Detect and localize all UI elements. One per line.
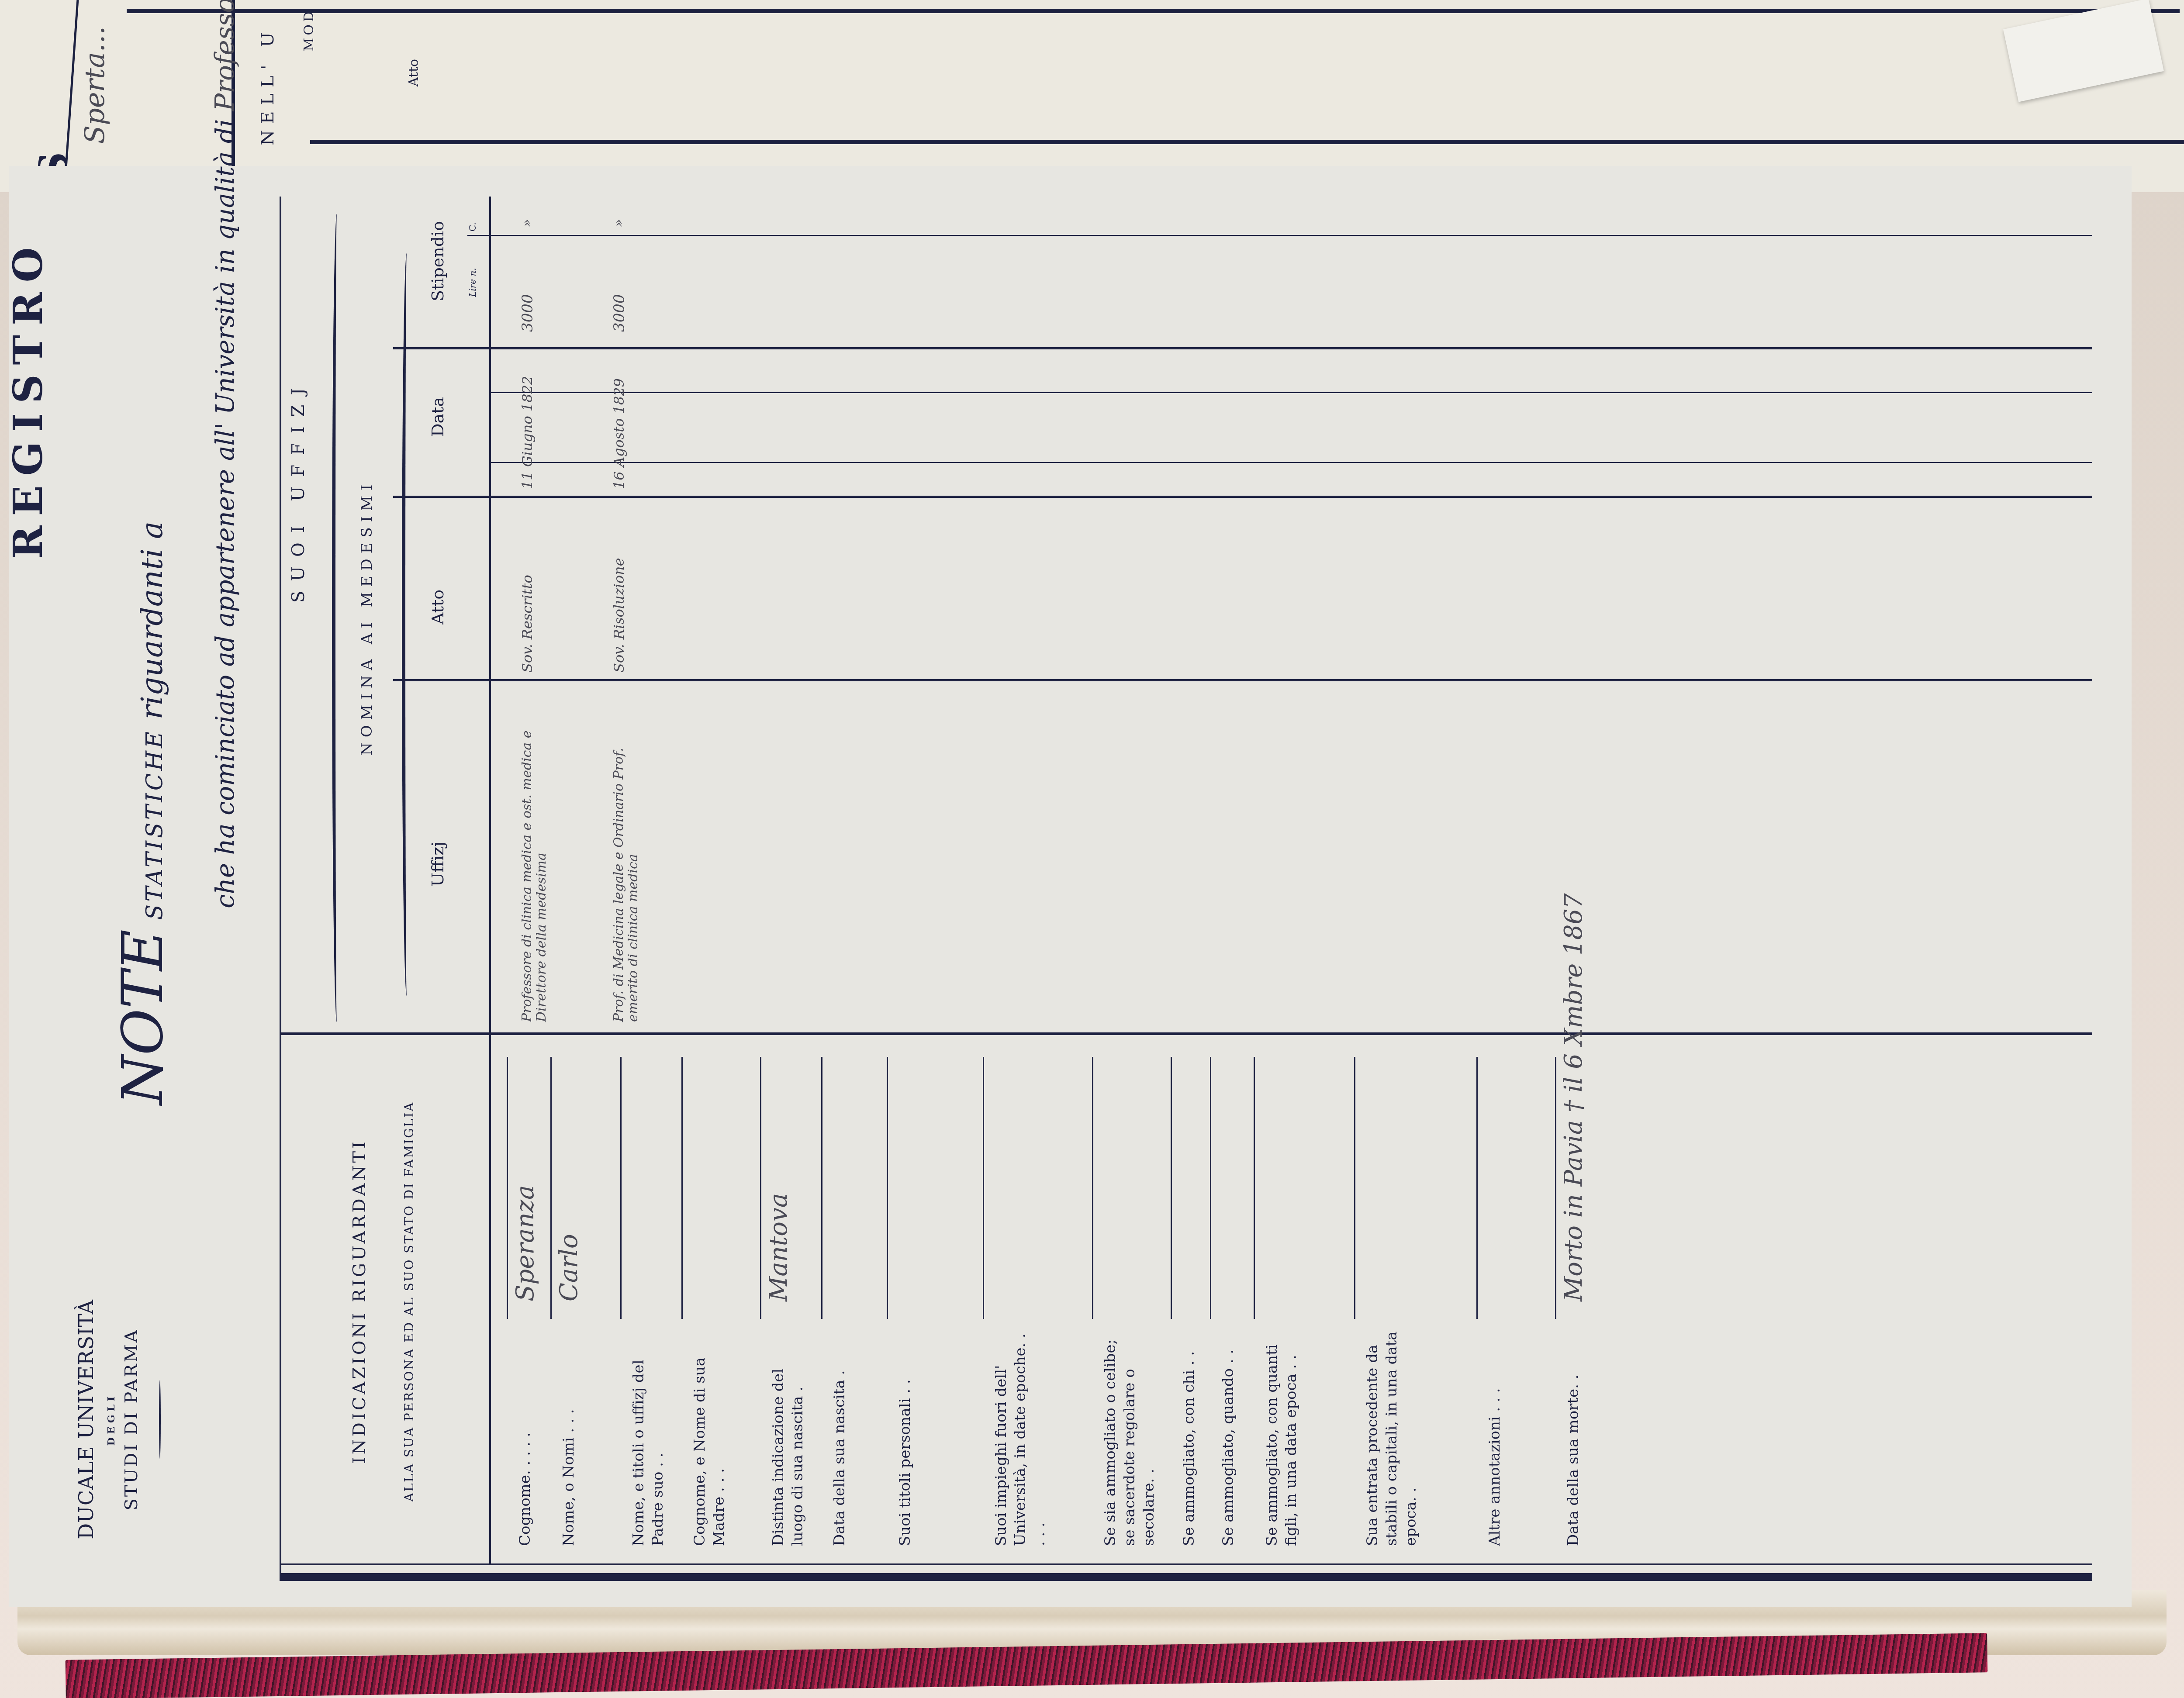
atto-cell: Sov. Rescritto bbox=[520, 575, 535, 673]
field-separator bbox=[821, 1057, 822, 1319]
rotated-page-content: DUCALE UNIVERSITÀ DEGLI STUDI DI PARMA R… bbox=[9, 166, 2132, 1607]
institution-line2: DEGLI bbox=[106, 1267, 117, 1572]
field-separator bbox=[1555, 1057, 1556, 1319]
field-label: Cognome. . . . . bbox=[515, 1328, 535, 1546]
brace-ornament bbox=[332, 214, 342, 1022]
col-lire: Lire n. bbox=[467, 268, 478, 297]
col-atto: Atto bbox=[428, 590, 447, 625]
frame-top bbox=[280, 197, 281, 1581]
register-title: REGISTRO bbox=[4, 238, 52, 559]
field-separator bbox=[760, 1057, 761, 1319]
field-label: Altre annotazioni . . . bbox=[1485, 1328, 1504, 1546]
col-subrule bbox=[467, 235, 2092, 236]
field-label: Suoi titoli personali . . bbox=[895, 1328, 915, 1546]
note-subtitle: che ha cominciato ad appartenere all' Un… bbox=[210, 0, 240, 908]
left-section-subtitle: ALLA SUA PERSONA ED AL SUO STATO DI FAMI… bbox=[402, 1061, 416, 1542]
field-label: Se ammogliato, quando . . bbox=[1219, 1328, 1238, 1546]
right-section-title: SUOI UFFIZJ bbox=[288, 379, 308, 603]
handwritten-role: Professore bbox=[210, 0, 240, 111]
field-separator bbox=[983, 1057, 984, 1319]
prev-section-fragment: NELL' U bbox=[258, 26, 278, 145]
field-label: Se ammogliato, con chi . . bbox=[1179, 1328, 1199, 1546]
uffizj-cell: Prof. di Medicina legale e Ordinario Pro… bbox=[612, 716, 640, 1022]
field-label: Nome, o Nomi . . . bbox=[559, 1328, 578, 1546]
prev-sub-fragment: MOD bbox=[301, 9, 317, 51]
field-separator bbox=[681, 1057, 683, 1319]
note-heading-rest: riguardanti a bbox=[135, 521, 169, 720]
institution-line3: STUDI DI PARMA bbox=[121, 1267, 142, 1572]
field-label: Sua entrata procedente da stabili o capi… bbox=[1363, 1328, 1420, 1546]
col-uffizj: Uffizj bbox=[428, 842, 447, 887]
right-section-subtitle: NOMINA AI MEDESIMI bbox=[358, 480, 376, 756]
previous-page: PERS Sperta... NELL' U MOD Atto bbox=[0, 0, 2184, 192]
header-divider bbox=[489, 197, 491, 1563]
left-section-title: INDICAZIONI RIGUARDANTI bbox=[349, 1083, 370, 1520]
uffizj-cell: Professore di clinica medica e ost. medi… bbox=[520, 716, 549, 1022]
centesimi-cell: » bbox=[520, 219, 534, 227]
prev-handwritten: Sperta... bbox=[79, 26, 111, 144]
prev-rule bbox=[310, 140, 2184, 144]
col-subrule bbox=[489, 392, 2092, 393]
field-separator bbox=[620, 1057, 622, 1319]
note-heading: NOTE STATISTICHE riguardanti a bbox=[109, 521, 176, 1105]
field-label: Distinta indicazione del luogo di sua na… bbox=[769, 1328, 807, 1546]
field-value-handwritten: Carlo bbox=[555, 1234, 583, 1301]
section-divider bbox=[280, 1032, 2092, 1035]
field-separator bbox=[887, 1057, 888, 1319]
field-value-handwritten: Mantova bbox=[764, 1193, 793, 1301]
col-centesimi: C. bbox=[467, 222, 478, 231]
field-value-handwritten: Morto in Pavia † il 6 Xmbre 1867 bbox=[1559, 893, 1588, 1301]
prev-rule bbox=[127, 9, 2180, 13]
frame-outer-left bbox=[280, 1573, 2092, 1581]
field-label: Se ammogliato, con quanti figli, in una … bbox=[1262, 1328, 1301, 1546]
field-separator bbox=[1171, 1057, 1172, 1319]
field-separator bbox=[1354, 1057, 1355, 1319]
col-rule bbox=[393, 679, 2092, 681]
ornament-rule bbox=[159, 1380, 161, 1459]
field-separator bbox=[1092, 1057, 1093, 1319]
field-separator bbox=[1476, 1057, 1478, 1319]
note-word: NOTE bbox=[109, 929, 176, 1105]
field-separator bbox=[1210, 1057, 1211, 1319]
lire-cell: 3000 bbox=[612, 294, 628, 332]
col-subrule bbox=[489, 462, 2092, 463]
statistiche-word: STATISTICHE bbox=[142, 729, 168, 920]
field-label: Data della sua nascita . bbox=[830, 1328, 849, 1546]
note-subtitle-text: che ha cominciato ad appartenere all' Un… bbox=[210, 119, 240, 908]
field-separator bbox=[550, 1057, 552, 1319]
data-cell: 16 Agosto 1829 bbox=[612, 378, 627, 489]
prev-column-atto: Atto bbox=[406, 59, 422, 86]
col-rule bbox=[393, 347, 2092, 349]
brace-ornament bbox=[402, 253, 411, 996]
register-page: DUCALE UNIVERSITÀ DEGLI STUDI DI PARMA R… bbox=[9, 166, 2132, 1607]
field-label: Nome, e titoli o uffizj del Padre suo . … bbox=[629, 1328, 667, 1546]
col-rule bbox=[393, 496, 2092, 498]
data-cell: 11 Giugno 1822 bbox=[520, 376, 535, 489]
atto-cell: Sov. Risoluzione bbox=[612, 558, 627, 673]
institution-line1: DUCALE UNIVERSITÀ bbox=[74, 1267, 98, 1572]
col-stipendio: Stipendio bbox=[428, 221, 447, 301]
frame-inner-left bbox=[280, 1563, 2092, 1565]
field-label: Suoi impieghi fuori dell' Università, in… bbox=[992, 1328, 1049, 1546]
centesimi-cell: » bbox=[612, 219, 626, 227]
institution-header: DUCALE UNIVERSITÀ DEGLI STUDI DI PARMA bbox=[74, 1267, 161, 1572]
field-label: Data della sua morte. . bbox=[1564, 1328, 1583, 1546]
lire-cell: 3000 bbox=[520, 294, 536, 332]
field-separator bbox=[1254, 1057, 1255, 1319]
field-separator bbox=[507, 1057, 508, 1319]
col-data: Data bbox=[428, 397, 447, 437]
field-label: Cognome, e Nome di sua Madre . . . bbox=[690, 1328, 729, 1546]
field-label: Se sia ammogliato o celibe; se sacerdote… bbox=[1101, 1328, 1158, 1546]
field-value-handwritten: Speranza bbox=[511, 1185, 539, 1301]
